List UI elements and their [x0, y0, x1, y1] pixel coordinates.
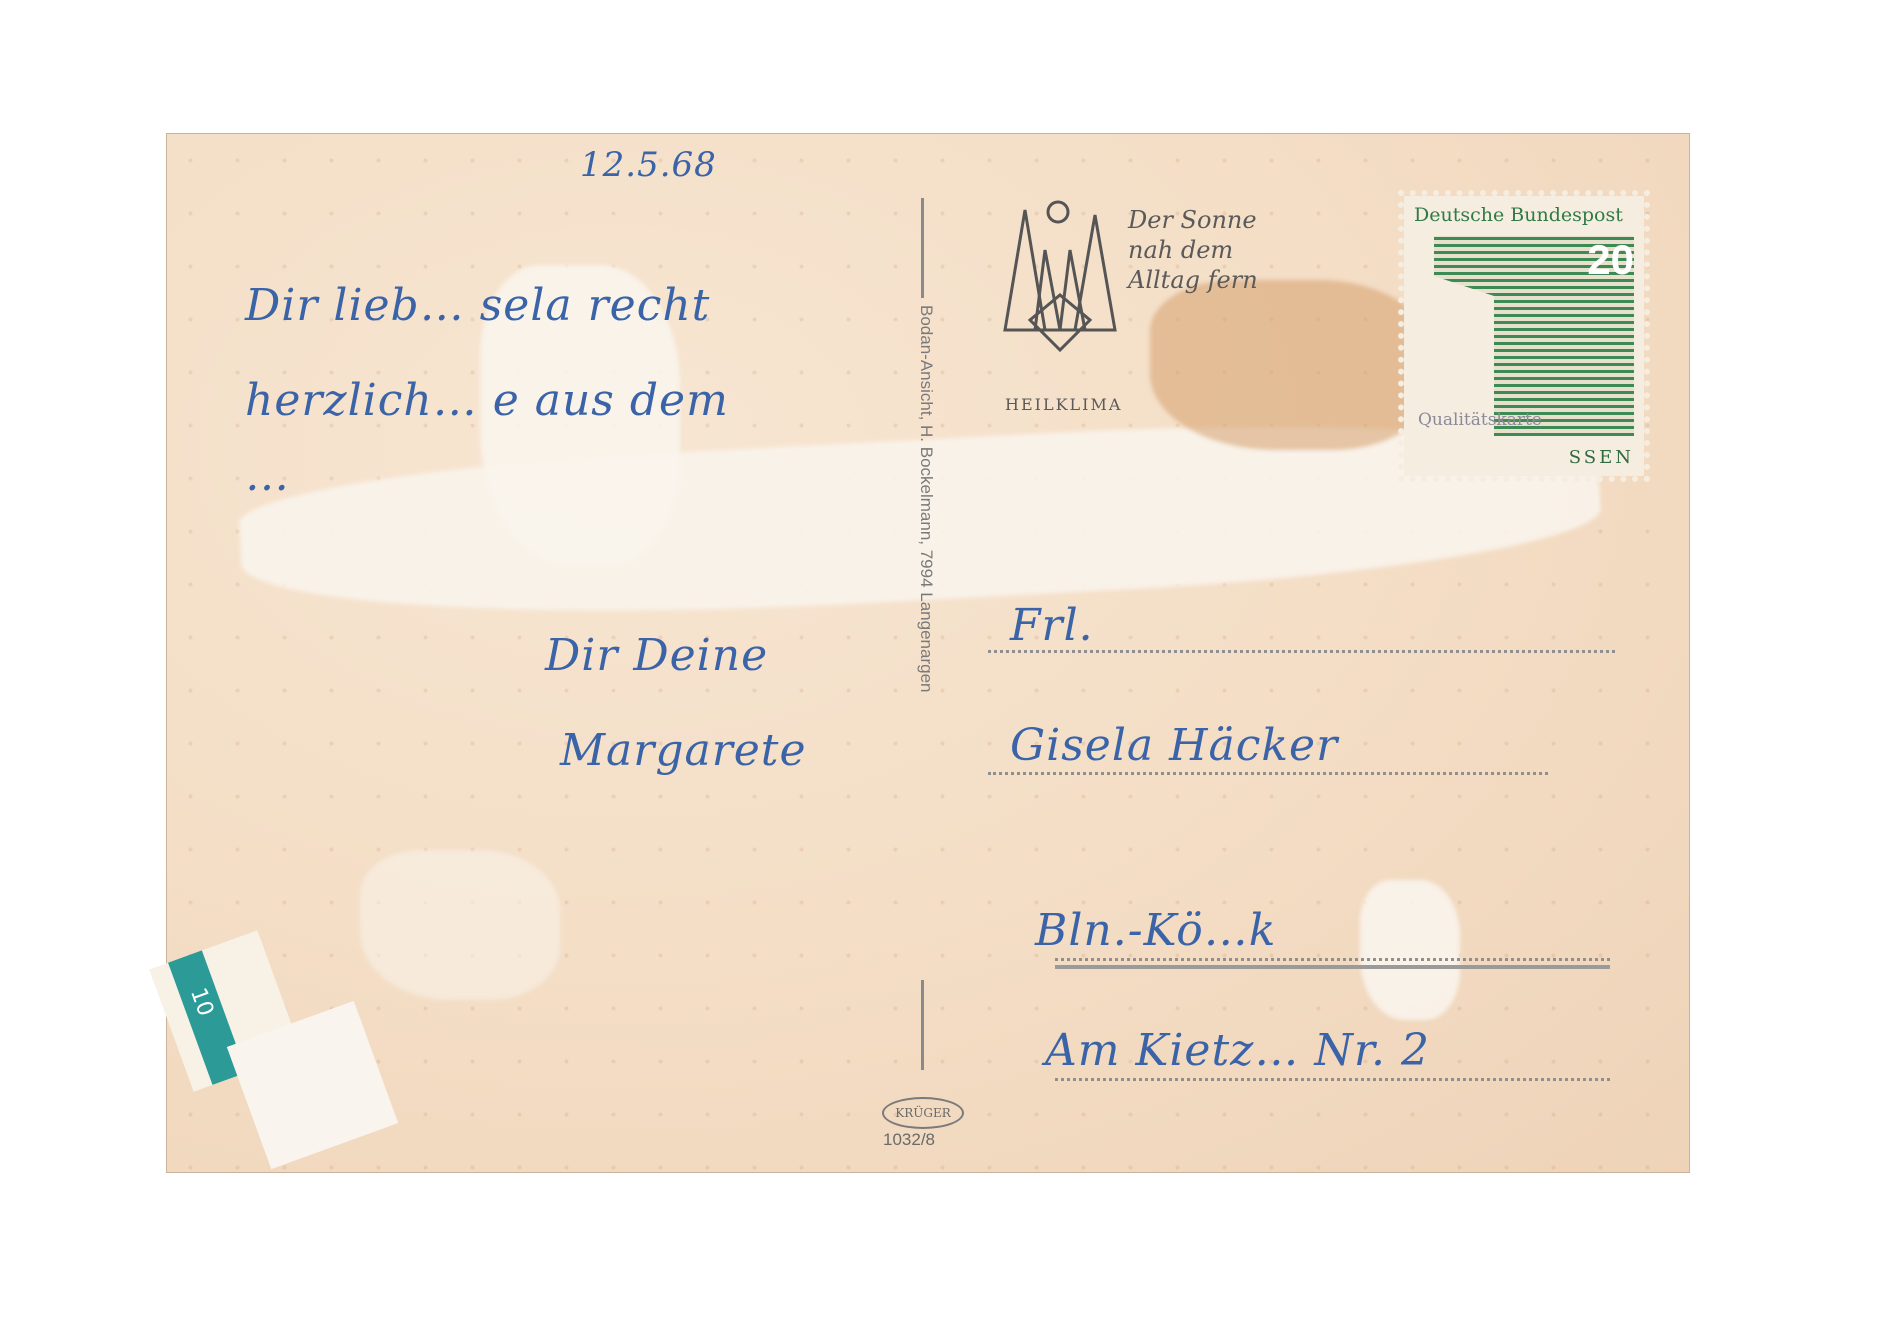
address-dotted-line — [1055, 958, 1610, 961]
date-written: 12.5.68 — [580, 145, 717, 185]
message-line: Dir lieb… sela recht — [245, 280, 710, 331]
address-dotted-line — [1055, 1078, 1610, 1081]
publisher-text: Bodan-Ansicht, H. Bockelmann, 7994 Lange… — [916, 305, 936, 692]
address-dotted-line — [988, 772, 1548, 775]
scuff-mark — [1360, 880, 1460, 1020]
address-dotted-line — [988, 650, 1615, 653]
stamp-value: 20 — [1587, 236, 1634, 284]
secondary-stamp: Qualitätskarte — [1418, 405, 1542, 435]
address-line: Gisela Häcker — [1010, 720, 1338, 771]
message-line: … — [245, 450, 290, 501]
postmark-place: HEILKLIMA — [1005, 390, 1122, 420]
stain — [1150, 280, 1430, 450]
address-underline — [1055, 965, 1610, 969]
address-line: Bln.-Kö…k — [1035, 905, 1276, 956]
postmark-slogan: Der Sonne nah dem Alltag fern — [1128, 205, 1288, 295]
postmark-trees-icon — [1000, 190, 1120, 370]
printer-logo: KRÜGER — [882, 1097, 964, 1129]
article-number: 1032/8 — [883, 1130, 935, 1150]
scuff-mark — [360, 850, 560, 1000]
message-line: herzlich… e aus dem — [245, 375, 729, 426]
stamp-region: SSEN — [1569, 447, 1634, 468]
stamp-issuer: Deutsche Bundespost — [1414, 204, 1623, 226]
address-line: Frl. — [1010, 600, 1094, 651]
address-line: Am Kietz… Nr. 2 — [1045, 1025, 1430, 1076]
message-line: Dir Deine — [545, 630, 768, 681]
signature: Margarete — [560, 725, 807, 776]
divider-line — [921, 198, 924, 298]
divider-line — [921, 980, 924, 1070]
